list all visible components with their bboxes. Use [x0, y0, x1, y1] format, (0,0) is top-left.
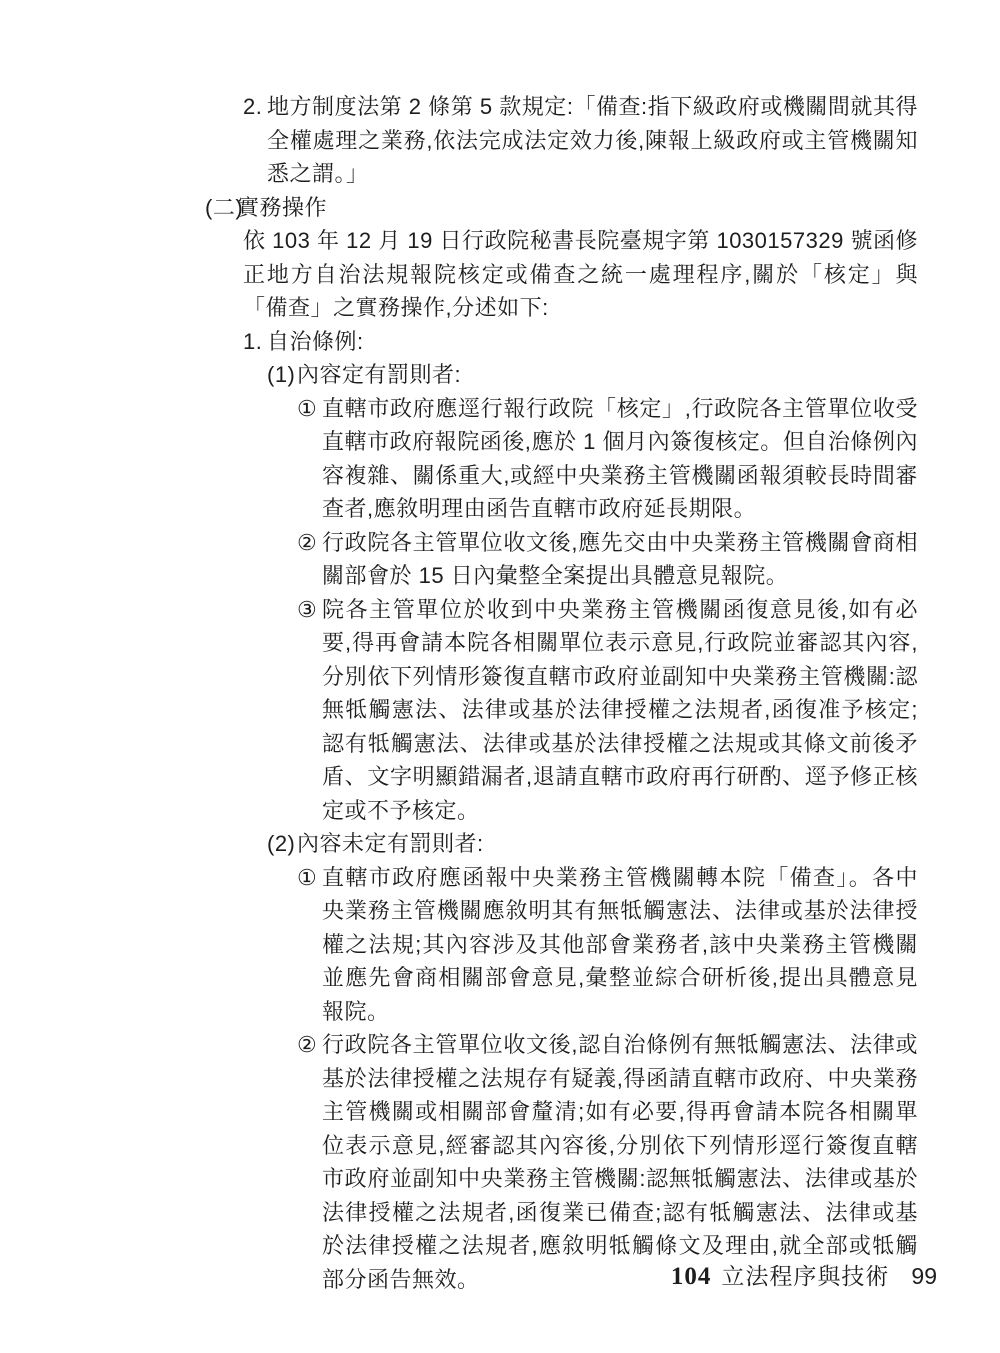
numbered-item-1: 1. 自治條例: — [243, 325, 918, 359]
circled-number-marker: ② — [297, 1028, 317, 1062]
section-heading-practice: (二) 實務操作 — [205, 191, 918, 225]
item-text: 自治條例: — [267, 329, 364, 354]
item-text: 內容未定有罰則者: — [297, 831, 484, 856]
item-text: 直轄市政府應逕行報行政院「核定」,行政院各主管單位收受直轄市政府報院函後,應於 … — [322, 396, 918, 522]
circled-number-marker: ① — [297, 861, 317, 895]
item-marker: (1) — [267, 358, 295, 392]
sub1-circled-item-2: ② 行政院各主管單位收文後,應先交由中央業務主管機關會商相關部會於 15 日內彙… — [297, 526, 918, 593]
numbered-item-2: 2. 地方制度法第 2 條第 5 款規定:「備查:指下級政府或機關間就其得全權處… — [243, 90, 918, 191]
page-body-text: 2. 地方制度法第 2 條第 5 款規定:「備查:指下級政府或機關間就其得全權處… — [205, 90, 918, 1296]
item-text: 地方制度法第 2 條第 5 款規定:「備查:指下級政府或機關間就其得全權處理之業… — [267, 94, 918, 186]
section-title: 實務操作 — [237, 195, 327, 220]
page-footer: 104 立法程序與技術 99 — [671, 1258, 937, 1291]
item-text: 行政院各主管單位收文後,認自治條例有無牴觸憲法、法律或基於法律授權之法規存有疑義… — [322, 1032, 918, 1292]
circled-number-marker: ② — [297, 526, 317, 560]
sub-item-2: (2) 內容未定有罰則者: — [267, 827, 918, 861]
scanned-book-page: 2. 地方制度法第 2 條第 5 款規定:「備查:指下級政府或機關間就其得全權處… — [0, 0, 1000, 1353]
item-marker: 1. — [243, 325, 262, 359]
sub1-circled-item-1: ① 直轄市政府應逕行報行政院「核定」,行政院各主管單位收受直轄市政府報院函後,應… — [297, 392, 918, 526]
item-text: 內容定有罰則者: — [297, 362, 461, 387]
sub2-circled-item-2: ② 行政院各主管單位收文後,認自治條例有無牴觸憲法、法律或基於法律授權之法規存有… — [297, 1028, 918, 1296]
item-marker: (2) — [267, 827, 295, 861]
item-text: 行政院各主管單位收文後,應先交由中央業務主管機關會商相關部會於 15 日內彙整全… — [322, 530, 918, 589]
item-text: 直轄市政府應函報中央業務主管機關轉本院「備查」。各中央業務主管機關應敘明其有無牴… — [322, 865, 918, 1024]
footer-book-number: 104 — [671, 1263, 712, 1291]
sub-item-1: (1) 內容定有罰則者: — [267, 358, 918, 392]
intro-paragraph: 依 103 年 12 月 19 日行政院秘書長院臺規字第 1030157329 … — [243, 224, 918, 325]
item-text: 院各主管單位於收到中央業務主管機關函復意見後,如有必要,得再會請本院各相關單位表… — [322, 597, 918, 823]
paragraph-text: 依 103 年 12 月 19 日行政院秘書長院臺規字第 1030157329 … — [243, 228, 918, 320]
sub2-circled-item-1: ① 直轄市政府應函報中央業務主管機關轉本院「備查」。各中央業務主管機關應敘明其有… — [297, 861, 918, 1029]
footer-page-number: 99 — [911, 1263, 937, 1290]
footer-book-title: 立法程序與技術 — [721, 1258, 889, 1291]
item-marker: 2. — [243, 90, 262, 124]
section-marker: (二) — [205, 191, 243, 225]
circled-number-marker: ① — [297, 392, 317, 426]
sub1-circled-item-3: ③ 院各主管單位於收到中央業務主管機關函復意見後,如有必要,得再會請本院各相關單… — [297, 593, 918, 828]
circled-number-marker: ③ — [297, 593, 317, 627]
